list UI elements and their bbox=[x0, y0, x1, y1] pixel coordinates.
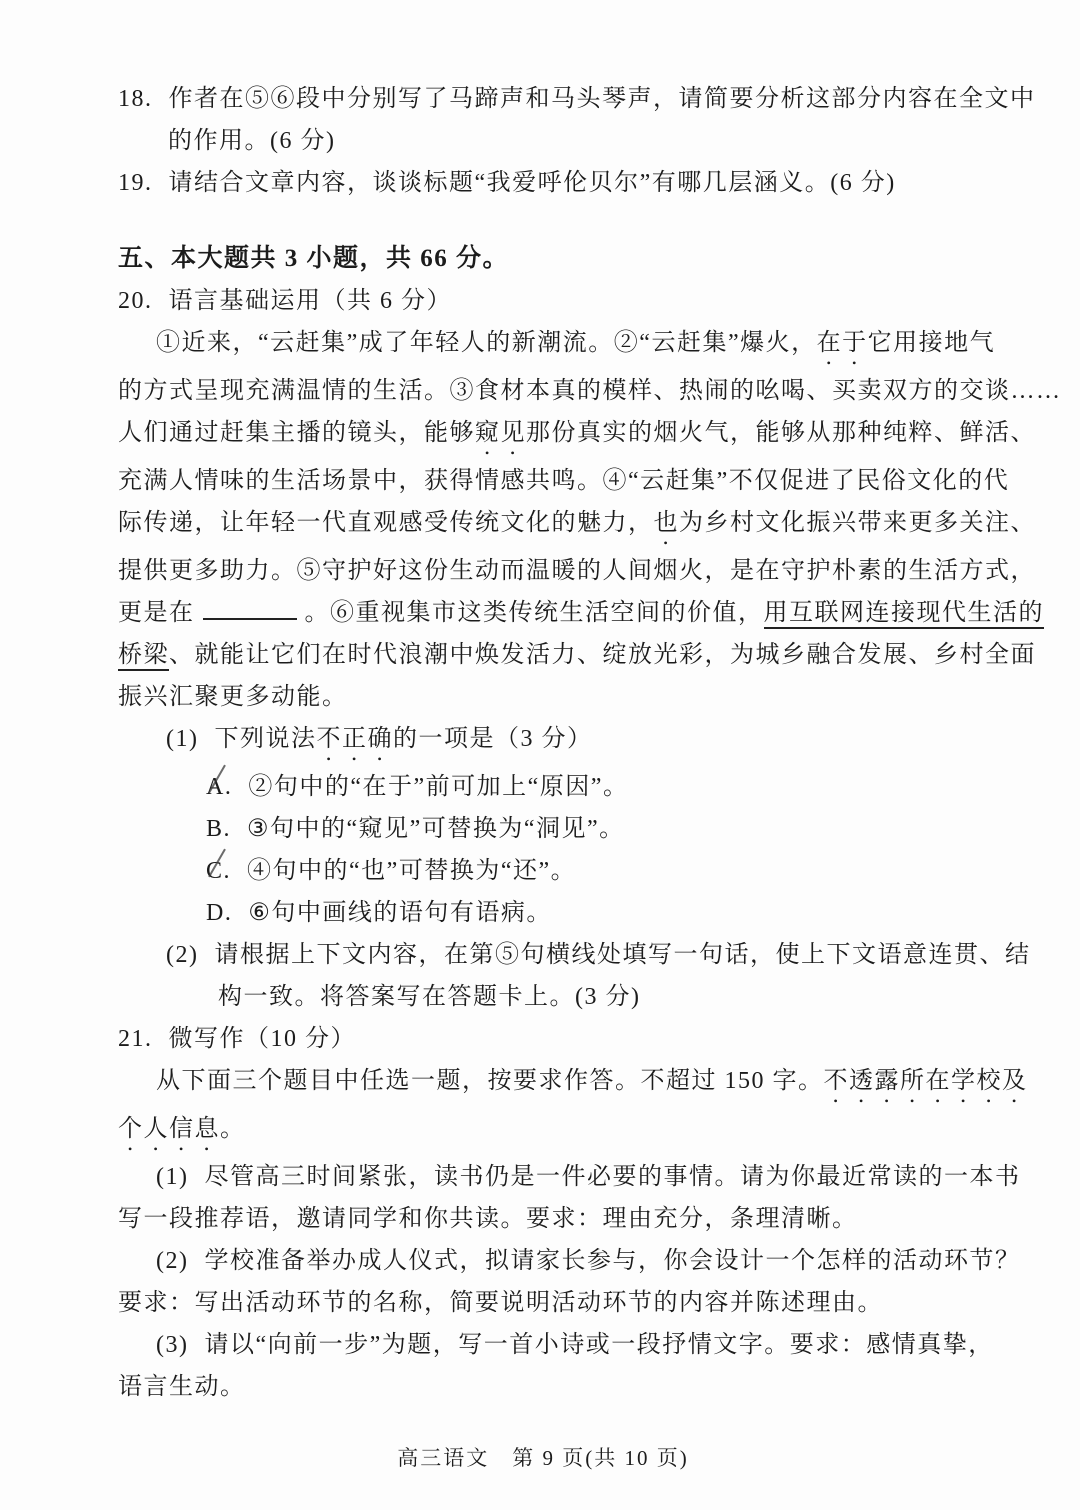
document-body: 18.作者在⑤⑥段中分别写了马蹄声和马头琴声，请简要分析这部分内容在全文中的作用… bbox=[118, 78, 968, 1408]
text-segment: 的方式呈现充满温情的生活。③食材本真的模样、热闹的吆喝、买卖双方的交谈…… bbox=[118, 378, 1062, 404]
text-segment: 充满人情味的生活场景中，获得情感共鸣。④“云赶集”不仅促进了民俗文化的代 bbox=[118, 468, 1009, 494]
text-line: 要求：写出活动环节的名称，简要说明活动环节的内容并陈述理由。 bbox=[118, 1282, 968, 1324]
text-segment: 构一致。将答案写在答题卡上。(3 分) bbox=[218, 984, 640, 1010]
text-line: 充满人情味的生活场景中，获得情感共鸣。④“云赶集”不仅促进了民俗文化的代 bbox=[118, 460, 968, 502]
text-segment: 下列说法 bbox=[214, 726, 316, 752]
text-segment: ④句中的“也”可替换为“还”。 bbox=[247, 858, 576, 884]
text-line: (3)请以“向前一步”为题，写一首小诗或一段抒情文字。要求：感情真挚， bbox=[118, 1324, 968, 1366]
fill-in-blank-line bbox=[203, 594, 297, 620]
text-line: 振兴汇聚更多动能。 bbox=[118, 676, 968, 718]
item-marker: 21. bbox=[118, 1026, 153, 1052]
text-line: 18.作者在⑤⑥段中分别写了马蹄声和马头琴声，请简要分析这部分内容在全文中 bbox=[118, 78, 968, 120]
text-line: 从下面三个题目中任选一题，按要求作答。不超过 150 字。不透露所在学校及 bbox=[118, 1060, 968, 1108]
text-line: (1)尽管高三时间紧张，读书仍是一件必要的事情。请为你最近常读的一本书 bbox=[118, 1156, 968, 1198]
text-line: B.③句中的“窥见”可替换为“洞见”。 bbox=[118, 808, 968, 850]
text-segment: 窥见 bbox=[475, 420, 526, 446]
text-segment: 际传递，让年轻一代直观感受传统文化的魅力， bbox=[118, 510, 654, 536]
item-marker: (1) bbox=[166, 726, 198, 752]
item-marker: C. bbox=[206, 850, 231, 892]
text-segment: 五、本大题共 3 小题，共 66 分。 bbox=[118, 245, 509, 272]
item-marker: A. bbox=[206, 766, 232, 808]
text-segment: ⑥句中画线的语句有语病。 bbox=[248, 900, 552, 926]
text-segment: ③句中的“窥见”可替换为“洞见”。 bbox=[247, 816, 625, 842]
text-segment: 它用接地气 bbox=[868, 330, 996, 356]
text-segment: 在于 bbox=[817, 330, 868, 356]
text-segment: 。 bbox=[220, 1116, 246, 1142]
item-marker: 19. bbox=[118, 170, 153, 196]
text-segment: 不正确 bbox=[316, 726, 393, 752]
text-segment: 请根据上下文内容，在第⑤句横线处填写一句话，使上下文语意连贯、结 bbox=[214, 942, 1030, 968]
text-segment: 、就能让它们在时代浪潮中焕发活力、绽放光彩，为城乡融合发展、乡村全面 bbox=[169, 642, 1036, 668]
text-line: 21.微写作（10 分） bbox=[118, 1018, 968, 1060]
text-segment: 学校准备举办成人仪式，拟请家长参与，你会设计一个怎样的活动环节？ bbox=[204, 1248, 1020, 1274]
text-line: 桥梁、就能让它们在时代浪潮中焕发活力、绽放光彩，为城乡融合发展、乡村全面 bbox=[118, 634, 968, 676]
text-line: 五、本大题共 3 小题，共 66 分。 bbox=[118, 238, 968, 280]
text-segment: 语言基础运用（共 6 分） bbox=[169, 288, 453, 314]
item-marker: (3) bbox=[156, 1332, 188, 1358]
text-segment: 的作用。(6 分) bbox=[168, 128, 335, 154]
text-line: ①近来，“云赶集”成了年轻人的新潮流。②“云赶集”爆火，在于它用接地气 bbox=[118, 322, 968, 370]
text-segment: 。⑥重视集市这类传统生活空间的价值， bbox=[305, 600, 764, 626]
text-segment: 用互联网连接现代生活的 bbox=[764, 600, 1045, 629]
text-segment: 桥梁 bbox=[118, 642, 169, 671]
text-segment: 语言生动。 bbox=[118, 1374, 246, 1400]
text-line: 语言生动。 bbox=[118, 1366, 968, 1408]
text-segment: 请以“向前一步”为题，写一首小诗或一段抒情文字。要求：感情真挚， bbox=[204, 1332, 993, 1358]
text-line: 的方式呈现充满温情的生活。③食材本真的模样、热闹的吆喝、买卖双方的交谈…… bbox=[118, 370, 968, 412]
text-line: 提供更多助力。⑤守护好这份生动而温暖的人间烟火，是在守护朴素的生活方式， bbox=[118, 550, 968, 592]
item-marker: D. bbox=[206, 900, 232, 926]
text-segment: 尽管高三时间紧张，读书仍是一件必要的事情。请为你最近常读的一本书 bbox=[204, 1164, 1020, 1190]
text-segment: ②句中的“在于”前可加上“原因”。 bbox=[248, 774, 628, 800]
text-segment: 振兴汇聚更多动能。 bbox=[118, 684, 348, 710]
text-segment: 也 bbox=[654, 510, 680, 536]
text-segment: 的一项是（3 分） bbox=[393, 726, 593, 752]
text-segment: 人们通过赶集主播的镜头，能够 bbox=[118, 420, 475, 446]
text-line: 20.语言基础运用（共 6 分） bbox=[118, 280, 968, 322]
text-line: 的作用。(6 分) bbox=[118, 120, 968, 162]
item-marker: (1) bbox=[156, 1164, 188, 1190]
text-line: 构一致。将答案写在答题卡上。(3 分) bbox=[118, 976, 968, 1018]
text-segment: ①近来，“云赶集”成了年轻人的新潮流。②“云赶集”爆火， bbox=[156, 330, 817, 356]
text-line: D.⑥句中画线的语句有语病。 bbox=[118, 892, 968, 934]
item-marker: 20. bbox=[118, 288, 153, 314]
text-line: A.②句中的“在于”前可加上“原因”。 bbox=[118, 766, 968, 808]
text-line: 19.请结合文章内容，谈谈标题“我爱呼伦贝尔”有哪几层涵义。(6 分) bbox=[118, 162, 968, 204]
page-footer: 高三语文 第 9 页(共 10 页) bbox=[118, 1442, 968, 1472]
text-line: C.④句中的“也”可替换为“还”。 bbox=[118, 850, 968, 892]
text-segment: 写一段推荐语，邀请同学和你共读。要求：理由充分，条理清晰。 bbox=[118, 1206, 858, 1232]
text-line: 人们通过赶集主播的镜头，能够窥见那份真实的烟火气，能够从那种纯粹、鲜活、 bbox=[118, 412, 968, 460]
text-segment: 提供更多助力。⑤守护好这份生动而温暖的人间烟火，是在守护朴素的生活方式， bbox=[118, 558, 1036, 584]
text-segment: 作者在⑤⑥段中分别写了马蹄声和马头琴声，请简要分析这部分内容在全文中 bbox=[169, 86, 1036, 112]
item-marker: (2) bbox=[166, 942, 198, 968]
text-line: (2)请根据上下文内容，在第⑤句横线处填写一句话，使上下文语意连贯、结 bbox=[118, 934, 968, 976]
text-segment: 更是在 bbox=[118, 600, 195, 626]
text-segment: 从下面三个题目中任选一题，按要求作答。不超过 150 字。 bbox=[156, 1068, 824, 1094]
text-line: 际传递，让年轻一代直观感受传统文化的魅力，也为乡村文化振兴带来更多关注、 bbox=[118, 502, 968, 550]
text-line: 个人信息。 bbox=[118, 1108, 968, 1156]
text-segment: 为乡村文化振兴带来更多关注、 bbox=[679, 510, 1036, 536]
text-segment: 请结合文章内容，谈谈标题“我爱呼伦贝尔”有哪几层涵义。(6 分) bbox=[169, 170, 896, 196]
item-marker: 18. bbox=[118, 86, 153, 112]
text-segment: 不透露所在学校及 bbox=[824, 1068, 1028, 1094]
exam-page: 18.作者在⑤⑥段中分别写了马蹄声和马头琴声，请简要分析这部分内容在全文中的作用… bbox=[0, 0, 1080, 1510]
text-line: 更是在。⑥重视集市这类传统生活空间的价值，用互联网连接现代生活的 bbox=[118, 592, 968, 634]
text-segment: 那份真实的烟火气，能够从那种纯粹、鲜活、 bbox=[526, 420, 1036, 446]
text-segment: 微写作（10 分） bbox=[169, 1026, 357, 1052]
item-marker: (2) bbox=[156, 1248, 188, 1274]
text-segment: 个人信息 bbox=[118, 1116, 220, 1142]
text-line: (1)下列说法不正确的一项是（3 分） bbox=[118, 718, 968, 766]
text-line: 写一段推荐语，邀请同学和你共读。要求：理由充分，条理清晰。 bbox=[118, 1198, 968, 1240]
text-segment: 要求：写出活动环节的名称，简要说明活动环节的内容并陈述理由。 bbox=[118, 1290, 883, 1316]
item-marker: B. bbox=[206, 816, 231, 842]
text-line: (2)学校准备举办成人仪式，拟请家长参与，你会设计一个怎样的活动环节？ bbox=[118, 1240, 968, 1282]
